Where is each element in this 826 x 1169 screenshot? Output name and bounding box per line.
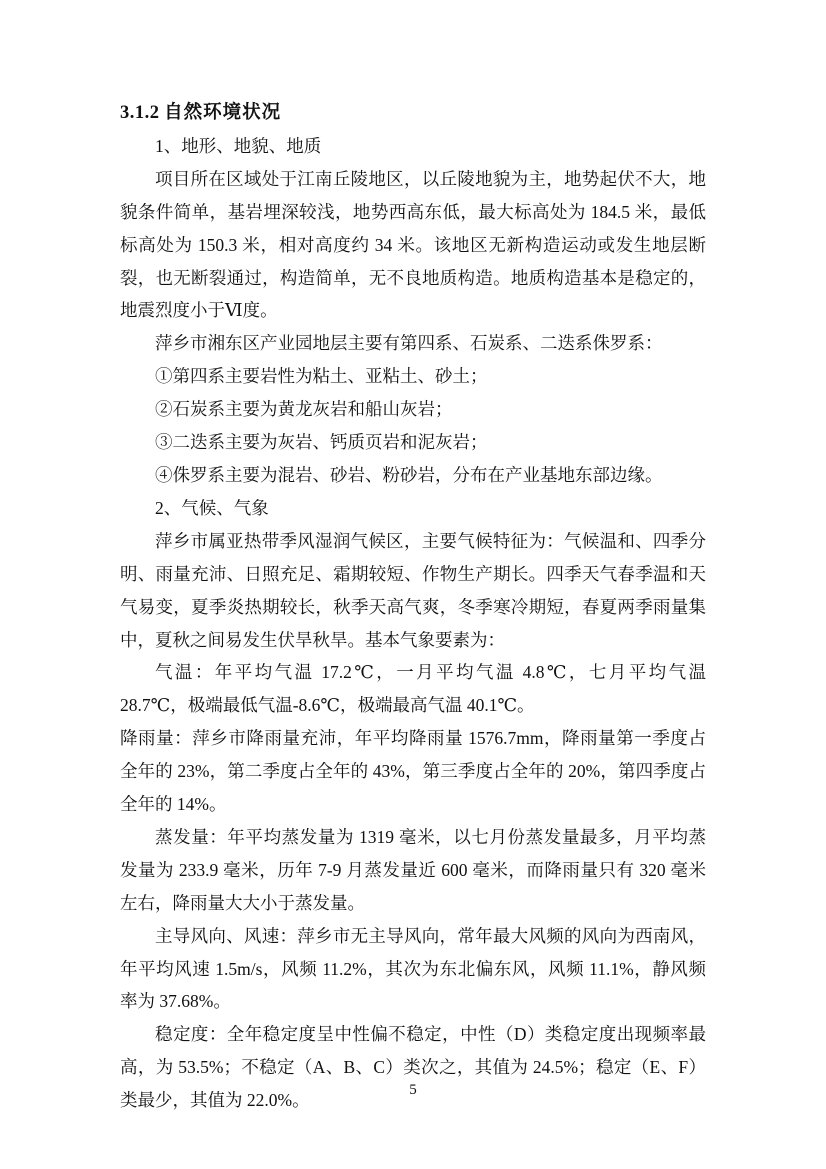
paragraph: 稳定度：全年稳定度呈中性偏不稳定，中性（D）类稳定度出现频率最高，为 53.5%… <box>120 1018 706 1117</box>
page-footer: 5 <box>0 1080 826 1100</box>
paragraph: 降雨量：萍乡市降雨量充沛，年平均降雨量 1576.7mm，降雨量第一季度占全年的… <box>120 722 706 821</box>
paragraph: ③二迭系主要为灰岩、钙质页岩和泥灰岩； <box>120 426 706 459</box>
section-heading-number: 3.1.2 <box>120 103 160 123</box>
section-heading: 3.1.2 自然环境状况 <box>120 96 706 130</box>
paragraph: 项目所在区域处于江南丘陵地区，以丘陵地貌为主，地势起伏不大，地貌条件简单，基岩埋… <box>120 163 706 328</box>
document-page: 3.1.2 自然环境状况 1、地形、地貌、地质项目所在区域处于江南丘陵地区，以丘… <box>120 96 706 1117</box>
document-body: 1、地形、地貌、地质项目所在区域处于江南丘陵地区，以丘陵地貌为主，地势起伏不大，… <box>120 130 706 1117</box>
paragraph: 主导风向、风速：萍乡市无主导风向，常年最大风频的风向为西南风，年平均风速 1.5… <box>120 920 706 1019</box>
paragraph: ①第四系主要岩性为粘土、亚粘土、砂土； <box>120 360 706 393</box>
paragraph: 1、地形、地貌、地质 <box>120 130 706 163</box>
paragraph: ④侏罗系主要为混岩、砂岩、粉砂岩，分布在产业基地东部边缘。 <box>120 459 706 492</box>
paragraph: ②石炭系主要为黄龙灰岩和船山灰岩； <box>120 393 706 426</box>
section-heading-title: 自然环境状况 <box>164 101 281 122</box>
paragraph: 萍乡市属亚热带季风湿润气候区，主要气候特征为：气候温和、四季分明、雨量充沛、日照… <box>120 525 706 657</box>
paragraph: 蒸发量：年平均蒸发量为 1319 毫米，以七月份蒸发量最多，月平均蒸发量为 23… <box>120 821 706 920</box>
paragraph: 气温：年平均气温 17.2℃，一月平均气温 4.8℃，七月平均气温 28.7℃，… <box>120 656 706 722</box>
paragraph: 2、气候、气象 <box>120 492 706 525</box>
paragraph: 萍乡市湘东区产业园地层主要有第四系、石炭系、二迭系侏罗系： <box>120 327 706 360</box>
page-number: 5 <box>409 1082 417 1098</box>
